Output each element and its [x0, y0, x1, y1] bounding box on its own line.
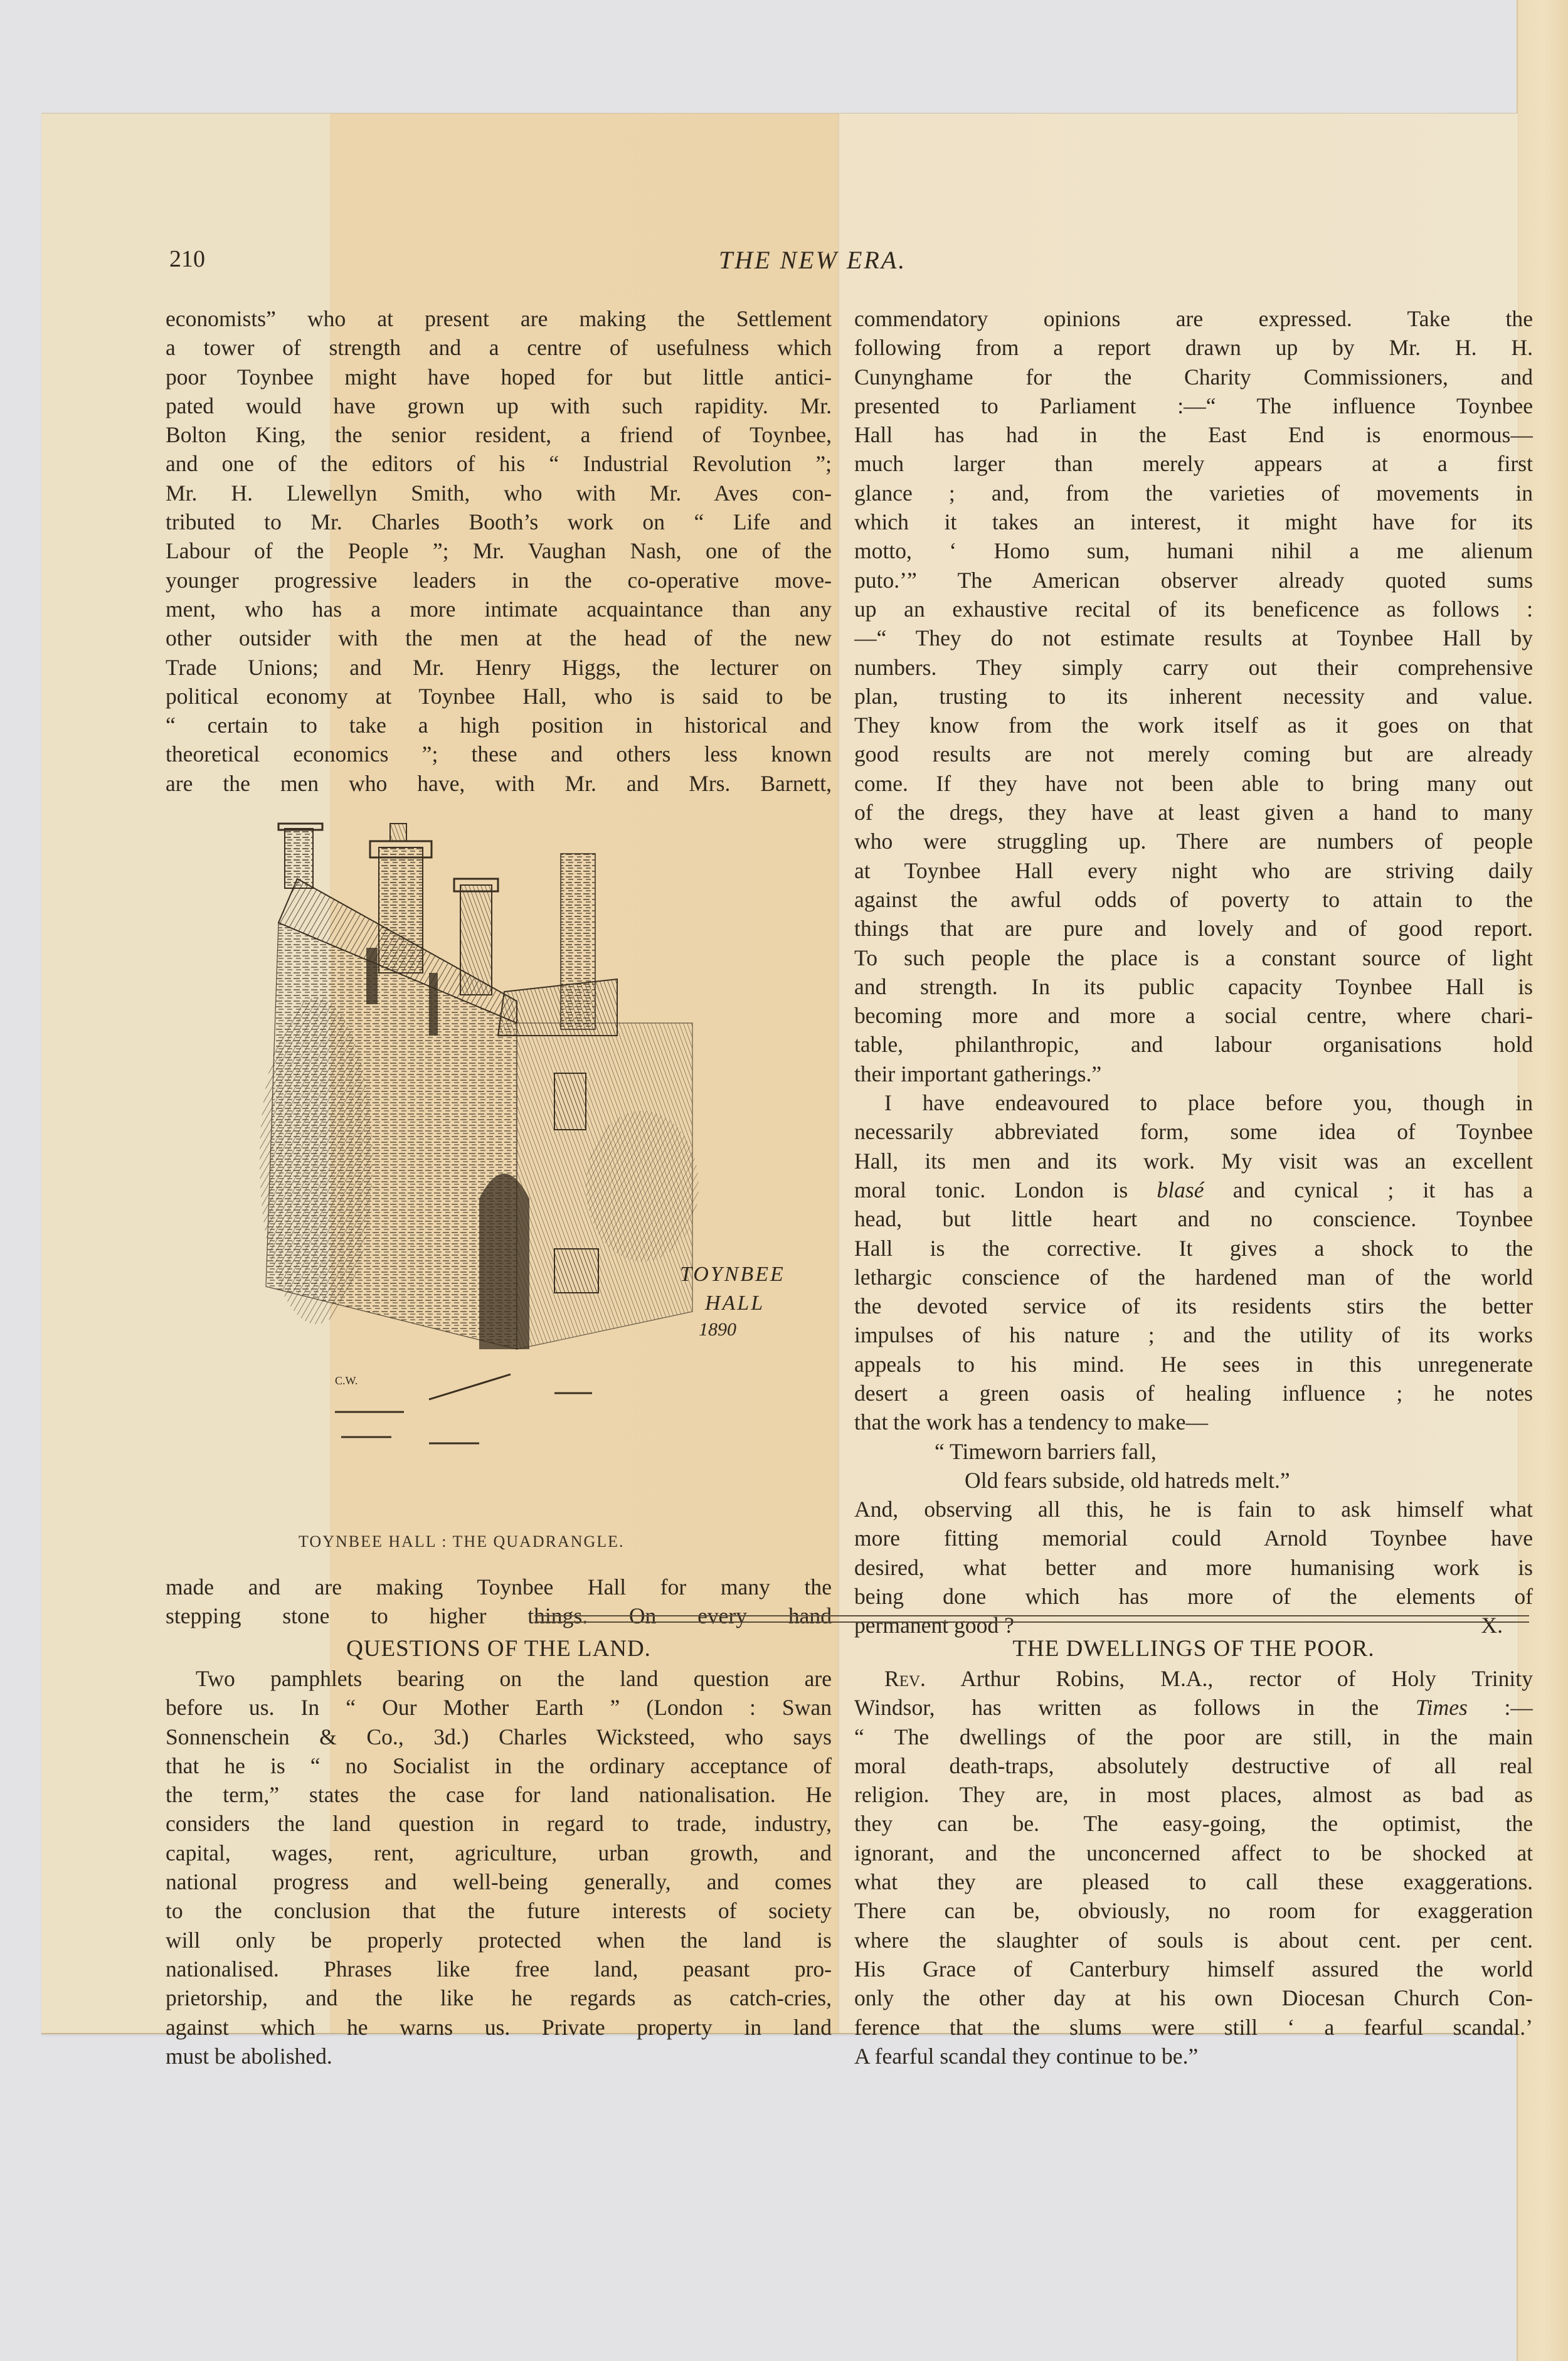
text-line: national progress and well-being general… — [166, 1867, 832, 1896]
text-line: glance ; and, from the varieties of move… — [854, 479, 1533, 507]
text-line: desert a green oasis of healing influenc… — [854, 1379, 1533, 1408]
text-line: much larger than merely appears at a fir… — [854, 449, 1533, 478]
text-line: presented to Parliament :—“ The influenc… — [854, 391, 1533, 420]
text-line: are the men who have, with Mr. and Mrs. … — [166, 769, 832, 798]
text-line: Bolton King, the senior resident, a frie… — [166, 420, 832, 449]
fold-crease — [838, 114, 839, 2033]
text-line: poor Toynbee might have hoped for but li… — [166, 363, 832, 391]
verse-line: Old fears subside, old hatreds melt.” — [854, 1466, 1533, 1495]
text-line: will only be properly protected when the… — [166, 1926, 832, 1955]
text-line: Hall has had in the East End is enormous… — [854, 420, 1533, 449]
text-line: plan, trusting to its inherent necessity… — [854, 682, 1533, 711]
heading-questions-of-the-land: QUESTIONS OF THE LAND. — [166, 1635, 832, 1662]
text-line: A fearful scandal they continue to be.” — [854, 2042, 1533, 2071]
text-line: tributed to Mr. Charles Booth’s work on … — [166, 507, 832, 536]
text-line: commendatory opinions are expressed. Tak… — [854, 304, 1533, 333]
text-line: They know from the work itself as it goe… — [854, 711, 1533, 740]
text-line: at Toynbee Hall every night who are stri… — [854, 856, 1533, 885]
text-line: I have endeavoured to place before you, … — [854, 1088, 1533, 1117]
text-line: Trade Unions; and Mr. Henry Higgs, the l… — [166, 653, 832, 682]
text-line: only the other day at his own Diocesan C… — [854, 1983, 1533, 2012]
newspaper-name: Times — [1416, 1695, 1468, 1720]
text-line-blase: moral tonic. London is blasé and cynical… — [854, 1175, 1533, 1204]
verse-line: “ Timeworn barriers fall, — [854, 1437, 1533, 1466]
text-line: good results are not merely coming but a… — [854, 740, 1533, 768]
text-line: “ The dwellings of the poor are still, i… — [854, 1722, 1533, 1751]
text-line: His Grace of Canterbury himself assured … — [854, 1955, 1533, 1983]
text-line: who were struggling up. There are number… — [854, 827, 1533, 856]
newspaper-page: 210 THE NEW ERA. economists” who at pres… — [41, 113, 1518, 2034]
text-line: things that are pure and lovely and of g… — [854, 914, 1533, 943]
text-line: becoming more and more a social centre, … — [854, 1001, 1533, 1030]
text-line: table, philanthropic, and labour organis… — [854, 1030, 1533, 1059]
text-line: up an exhaustive recital of its benefice… — [854, 595, 1533, 623]
text-line: And, observing all this, he is fain to a… — [854, 1495, 1533, 1524]
text-line: ment, who has a more intimate acquaintan… — [166, 595, 832, 623]
text-line: before us. In “ Our Mother Earth ” (Lond… — [166, 1693, 832, 1722]
text-line: Mr. H. Llewellyn Smith, who with Mr. Ave… — [166, 479, 832, 507]
text-line: against the awful odds of poverty to att… — [854, 885, 1533, 914]
text-line: the devoted service of its residents sti… — [854, 1292, 1533, 1320]
text-line: head, but little heart and no conscience… — [854, 1204, 1533, 1233]
text-line: that the work has a tendency to make— — [854, 1408, 1533, 1436]
text-line: impulses of his nature ; and the utility… — [854, 1320, 1533, 1349]
text-line: against which he warns us. Private prope… — [166, 2013, 832, 2042]
text-line: to the conclusion that the future intere… — [166, 1896, 832, 1925]
sketch-inscription: HALL — [705, 1292, 765, 1315]
text-line: a tower of strength and a centre of usef… — [166, 333, 832, 362]
toynbee-hall-illustration: TOYNBEE HALL 1890 C.W. — [241, 810, 780, 1506]
text-line: motto, ‘ Homo sum, humani nihil a me ali… — [854, 536, 1533, 565]
text-line: To such people the place is a constant s… — [854, 943, 1533, 972]
text-line: made and are making Toynbee Hall for man… — [166, 1573, 832, 1601]
artist-initials: C.W. — [335, 1374, 358, 1387]
publication-title: THE NEW ERA. — [719, 245, 906, 275]
text-line: desired, what better and more humanising… — [854, 1553, 1533, 1582]
text-line: what they are pleased to call these exag… — [854, 1867, 1533, 1896]
text-line: other outsider with the men at the head … — [166, 623, 832, 652]
text-line: younger progressive leaders in the co-op… — [166, 566, 832, 595]
text-fragment: moral tonic. London is — [854, 1177, 1157, 1202]
text-line: and strength. In its public capacity Toy… — [854, 972, 1533, 1001]
text-line: religion. They are, in most places, almo… — [854, 1780, 1533, 1809]
sketch-inscription: TOYNBEE — [680, 1263, 785, 1287]
text-line: Cunynghame for the Charity Commissioners… — [854, 363, 1533, 391]
text-line: that he is “ no Socialist in the ordinar… — [166, 1751, 832, 1780]
text-line-first: Rev. Arthur Robins, M.A., rector of Holy… — [854, 1664, 1533, 1693]
text-fragment: Arthur Robins, M.A., rector of Holy Trin… — [926, 1666, 1533, 1691]
figure-caption: TOYNBEE HALL : THE QUADRANGLE. — [299, 1532, 625, 1551]
text-line: the term,” states the case for land nati… — [166, 1780, 832, 1809]
text-fragment: Windsor, has written as follows in the — [854, 1695, 1416, 1720]
article-toynbee-right-column: commendatory opinions are expressed. Tak… — [854, 304, 1533, 1640]
text-line: Hall, its men and its work. My visit was… — [854, 1147, 1533, 1175]
text-fragment: :— — [1468, 1695, 1533, 1720]
text-line: There can be, obviously, no room for exa… — [854, 1896, 1533, 1925]
text-line: their important gatherings.” — [854, 1059, 1533, 1088]
text-line: theoretical economics ”; these and other… — [166, 740, 832, 768]
page-number: 210 — [169, 245, 205, 273]
text-line: moral death-traps, absolutely destructiv… — [854, 1751, 1533, 1780]
text-line: ference that the slums were still ‘ a fe… — [854, 2013, 1533, 2042]
text-line: capital, wages, rent, agriculture, urban… — [166, 1838, 832, 1867]
text-line: puto.’” The American observer already qu… — [854, 566, 1533, 595]
text-line: Labour of the People ”; Mr. Vaughan Nash… — [166, 536, 832, 565]
text-line: necessarily abbreviated form, some idea … — [854, 1117, 1533, 1146]
italic-word: blasé — [1157, 1177, 1204, 1202]
text-line: being done which has more of the element… — [854, 1582, 1533, 1611]
section-divider — [534, 1615, 1529, 1623]
building-sketch-icon — [241, 810, 780, 1506]
article-toynbee-left-column: economists” who at present are making th… — [166, 304, 832, 798]
text-line: Two pamphlets bearing on the land questi… — [166, 1664, 832, 1693]
text-line: must be abolished. — [166, 2042, 832, 2071]
text-line: economists” who at present are making th… — [166, 304, 832, 333]
text-line: and one of the editors of his “ Industri… — [166, 449, 832, 478]
text-line: “ certain to take a high position in his… — [166, 711, 832, 740]
article-dwellings-body: Rev. Arthur Robins, M.A., rector of Holy… — [854, 1664, 1533, 2071]
text-line: appeals to his mind. He sees in this unr… — [854, 1350, 1533, 1379]
heading-dwellings-of-the-poor: THE DWELLINGS OF THE POOR. — [854, 1635, 1533, 1662]
article-land-body: Two pamphlets bearing on the land questi… — [166, 1664, 832, 2071]
text-line: come. If they have not been able to brin… — [854, 769, 1533, 798]
text-line-times: Windsor, has written as follows in the T… — [854, 1693, 1533, 1722]
text-line: Sonnenschein & Co., 3d.) Charles Wickste… — [166, 1722, 832, 1751]
text-line: political economy at Toynbee Hall, who i… — [166, 682, 832, 711]
text-line: nationalised. Phrases like free land, pe… — [166, 1955, 832, 1983]
text-line: prietorship, and the like he regards as … — [166, 1983, 832, 2012]
text-line: considers the land question in regard to… — [166, 1809, 832, 1838]
running-head: 210 THE NEW ERA. — [41, 245, 1518, 283]
text-line: more fitting memorial could Arnold Toynb… — [854, 1524, 1533, 1552]
title-abbreviation: Rev. — [884, 1666, 926, 1691]
text-line: ignorant, and the unconcerned affect to … — [854, 1838, 1533, 1867]
text-line: of the dregs, they have at least given a… — [854, 798, 1533, 827]
text-line: numbers. They simply carry out their com… — [854, 653, 1533, 682]
text-line: where the slaughter of souls is about ce… — [854, 1926, 1533, 1955]
text-line: lethargic conscience of the hardened man… — [854, 1263, 1533, 1292]
text-line: —“ They do not estimate results at Toynb… — [854, 623, 1533, 652]
text-line: Hall is the corrective. It gives a shock… — [854, 1234, 1533, 1263]
text-fragment: and cynical ; it has a — [1204, 1177, 1533, 1202]
text-line: pated would have grown up with such rapi… — [166, 391, 832, 420]
text-line: they can be. The easy-going, the optimis… — [854, 1809, 1533, 1838]
text-line: which it takes an interest, it might hav… — [854, 507, 1533, 536]
text-line: following from a report drawn up by Mr. … — [854, 333, 1533, 362]
sketch-date: 1890 — [699, 1319, 736, 1340]
